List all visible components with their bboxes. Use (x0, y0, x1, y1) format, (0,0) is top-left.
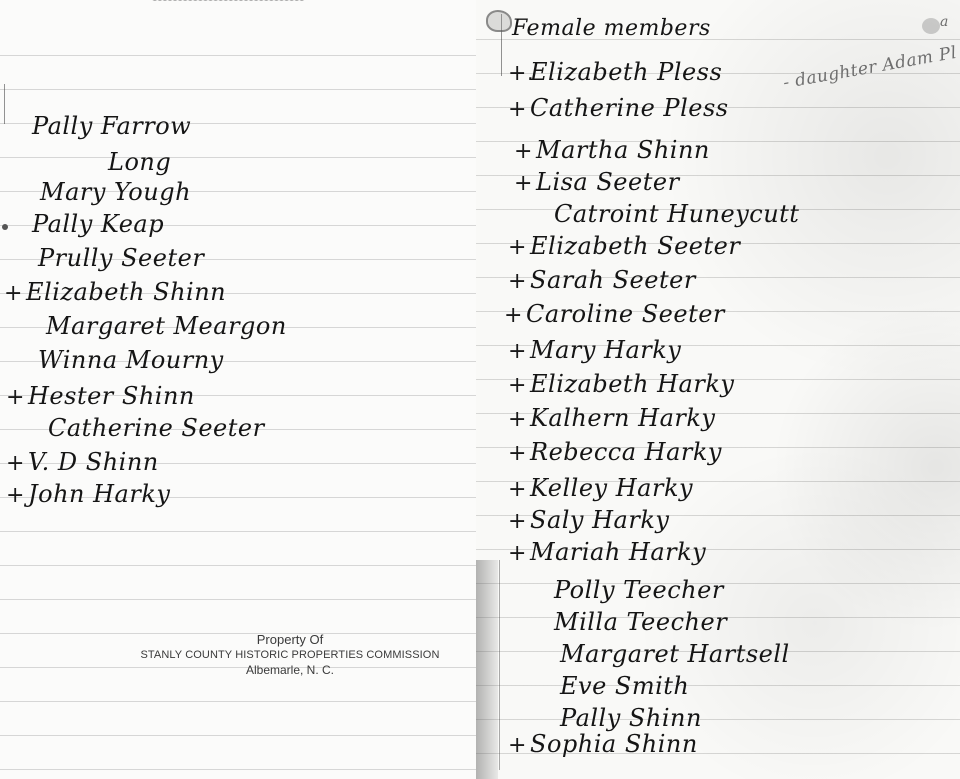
list-item: +Elizabeth Seeter (508, 232, 740, 260)
list-item: +John Harky (6, 480, 170, 508)
member-name: Long (108, 148, 171, 176)
property-stamp: Property Of STANLY COUNTY HISTORIC PROPE… (140, 632, 440, 677)
list-item: +Kelley Harky (508, 474, 693, 502)
member-name: Catherine Seeter (48, 414, 265, 442)
member-name: Rebecca Harky (530, 438, 722, 466)
list-item: Margaret Meargon (24, 312, 287, 340)
member-name: Caroline Seeter (526, 300, 725, 328)
member-name: Prully Seeter (38, 244, 204, 272)
margin-line (4, 84, 5, 124)
member-mark: + (514, 171, 536, 196)
member-name: Pally Shinn (560, 704, 702, 732)
margin-line (499, 560, 500, 770)
member-mark: + (504, 303, 526, 328)
list-item: Eve Smith (538, 672, 689, 700)
list-item: +Sarah Seeter (508, 266, 696, 294)
member-mark: + (6, 451, 28, 476)
member-name: Mary Yough (40, 178, 191, 206)
member-name: Mariah Harky (530, 538, 706, 566)
member-name: Margaret Hartsell (560, 640, 790, 668)
paperclip-mark-icon (486, 10, 512, 32)
member-name: Lisa Seeter (536, 168, 680, 196)
list-item: +Elizabeth Shinn (4, 278, 226, 306)
member-name: Pally Keap (32, 210, 164, 238)
member-mark: + (508, 509, 530, 534)
list-item: Pally Keap (10, 210, 164, 238)
stain-mark (922, 18, 940, 34)
stamp-line-3: Albemarle, N. C. (140, 663, 440, 677)
member-name: Elizabeth Pless (530, 58, 722, 86)
member-name: Kalhern Harky (530, 404, 715, 432)
punch-hole-mark (2, 224, 8, 230)
member-mark: + (508, 339, 530, 364)
member-mark: + (508, 373, 530, 398)
member-name: John Harky (28, 480, 170, 508)
member-name: Catherine Pless (530, 94, 729, 122)
member-name: Elizabeth Harky (530, 370, 734, 398)
member-mark: + (508, 269, 530, 294)
list-item: +.Elizabeth Pless (508, 58, 722, 86)
stamp-line-2: STANLY COUNTY HISTORIC PROPERTIES COMMIS… (140, 649, 440, 661)
list-item: Long (86, 148, 171, 176)
member-mark: + (508, 407, 530, 432)
page-gutter-shadow (476, 560, 498, 779)
member-name: Martha Shinn (536, 136, 710, 164)
member-mark: + (508, 733, 530, 758)
member-name: Catroint Huneycutt (554, 200, 799, 228)
list-item: Pally Shinn (538, 704, 702, 732)
list-item: +V. D Shinn (6, 448, 159, 476)
member-name: Saly Harky (530, 506, 669, 534)
stamp-line-1: Property Of (140, 632, 440, 647)
list-item: +Hester Shinn (6, 382, 195, 410)
list-item: Catherine Seeter (26, 414, 265, 442)
list-item: +Rebecca Harky (508, 438, 722, 466)
list-item: +Kalhern Harky (508, 404, 715, 432)
member-name: Winna Mourny (38, 346, 224, 374)
member-mark: + (508, 477, 530, 502)
list-heading: Female members (512, 16, 711, 41)
list-item: +Catherine Pless (508, 94, 729, 122)
member-name: Margaret Meargon (46, 312, 287, 340)
list-item: Catroint Huneycutt (532, 200, 799, 228)
member-name: Elizabeth Shinn (26, 278, 226, 306)
member-mark: + (6, 483, 28, 508)
member-name: Mary Harky (530, 336, 681, 364)
member-mark: + (508, 541, 530, 566)
list-item: Winna Mourny (16, 346, 224, 374)
member-mark: + (4, 281, 26, 306)
member-mark: + (508, 235, 530, 260)
member-name: V. D Shinn (28, 448, 159, 476)
list-item: +Mariah Harky (508, 538, 706, 566)
member-mark: + (508, 441, 530, 466)
corner-note: a (940, 14, 949, 30)
member-name: Pally Farrow (32, 112, 191, 140)
member-name: Hester Shinn (28, 382, 195, 410)
list-item: Mary Yough (18, 178, 191, 206)
member-mark: +. (508, 61, 530, 86)
list-item: +Elizabeth Harky (508, 370, 734, 398)
list-item: Milla Teecher (532, 608, 727, 636)
list-item: +Saly Harky (508, 506, 669, 534)
list-item: +Sophia Shinn (508, 730, 698, 758)
member-mark: + (514, 139, 536, 164)
member-name: Kelley Harky (530, 474, 693, 502)
list-item: Prully Seeter (16, 244, 204, 272)
list-item: +Caroline Seeter (504, 300, 725, 328)
member-mark: + (508, 97, 530, 122)
list-item: Margaret Hartsell (538, 640, 790, 668)
member-name: Polly Teecher (554, 576, 724, 604)
list-item: Pally Farrow (10, 112, 191, 140)
list-item: Polly Teecher (532, 576, 724, 604)
member-name: Sophia Shinn (530, 730, 698, 758)
member-name: Elizabeth Seeter (530, 232, 740, 260)
member-mark: + (6, 385, 28, 410)
list-item: +Lisa Seeter (514, 168, 680, 196)
member-name: Sarah Seeter (530, 266, 696, 294)
member-name: Milla Teecher (554, 608, 727, 636)
member-name: Eve Smith (560, 672, 689, 700)
list-item: +Mary Harky (508, 336, 681, 364)
list-item: +Martha Shinn (514, 136, 710, 164)
